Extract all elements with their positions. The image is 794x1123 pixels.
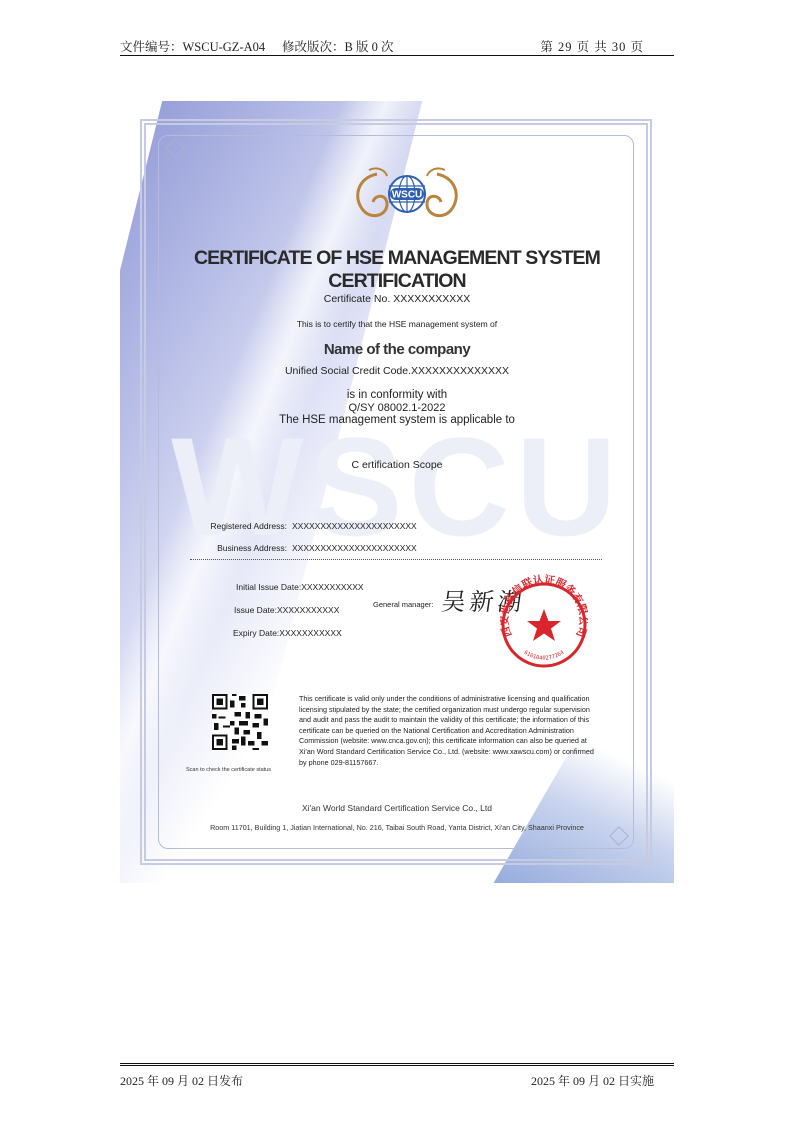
certificate-number: Certificate No. XXXXXXXXXXX [120, 293, 674, 305]
certificate: WSCU WSCU CERTIFICATE OF HSE MANAGEMENT … [120, 101, 674, 883]
expiry-date: Expiry Date:XXXXXXXXXXX [233, 628, 342, 638]
initial-issue-date: Initial Issue Date:XXXXXXXXXXX [236, 582, 364, 592]
wscu-dragon-globe-logo-icon: WSCU [347, 164, 467, 226]
publish-date: 2025 年 09 月 02 日发布 [120, 1072, 243, 1089]
qr-code-icon[interactable] [212, 694, 268, 750]
general-manager-label: General manager: [373, 600, 433, 609]
page-info: 第 29 页 共 30 页 [540, 37, 644, 55]
standard-code: Q/SY 08002.1-2022 [120, 402, 674, 414]
registered-address: Registered Address:XXXXXXXXXXXXXXXXXXXXX… [202, 521, 417, 531]
business-address: Business Address:XXXXXXXXXXXXXXXXXXXXXX [202, 543, 417, 553]
svg-text:WSCU: WSCU [392, 190, 423, 201]
validity-notice: This certificate is valid only under the… [299, 694, 599, 768]
page-header: 文件编号：WSCU-GZ-A04 修改版次：B 版 0 次 第 29 页 共 3… [120, 37, 674, 56]
dotted-divider [190, 559, 602, 560]
business-address-label: Business Address: [202, 543, 287, 553]
file-number: 文件编号：WSCU-GZ-A04 [120, 37, 265, 55]
applicable-statement: The HSE management system is applicable … [120, 414, 674, 426]
page-footer: 2025 年 09 月 02 日发布 2025 年 09 月 02 日实施 [120, 1063, 674, 1091]
certificate-title-line2: CERTIFICATION [120, 270, 674, 293]
qr-caption: Scan to check the certificate status [186, 767, 271, 773]
issuer-name: Xi'an World Standard Certification Servi… [120, 803, 674, 813]
issue-date: Issue Date:XXXXXXXXXXX [234, 605, 339, 615]
company-seal-icon: 西安世标信联认证服务有限公司 6101040277264 [500, 571, 588, 679]
company-name: Name of the company [120, 341, 674, 358]
certify-statement: This is to certify that the HSE manageme… [120, 319, 674, 329]
conformity-statement: is in conformity with [120, 389, 674, 401]
implementation-date: 2025 年 09 月 02 日实施 [531, 1072, 654, 1089]
certification-scope: C ertification Scope [120, 459, 674, 471]
credit-code: Unified Social Credit Code.XXXXXXXXXXXXX… [120, 365, 674, 377]
issuer-address: Room 11701, Building 1, Jiatian Internat… [120, 823, 674, 832]
business-address-value: XXXXXXXXXXXXXXXXXXXXXX [292, 543, 417, 553]
certificate-title: CERTIFICATE OF HSE MANAGEMENT SYSTEM [120, 247, 674, 270]
revision: 修改版次：B 版 0 次 [282, 37, 393, 55]
registered-address-value: XXXXXXXXXXXXXXXXXXXXXX [292, 521, 417, 531]
registered-address-label: Registered Address: [202, 521, 287, 531]
svg-text:6101040277264: 6101040277264 [523, 649, 566, 661]
